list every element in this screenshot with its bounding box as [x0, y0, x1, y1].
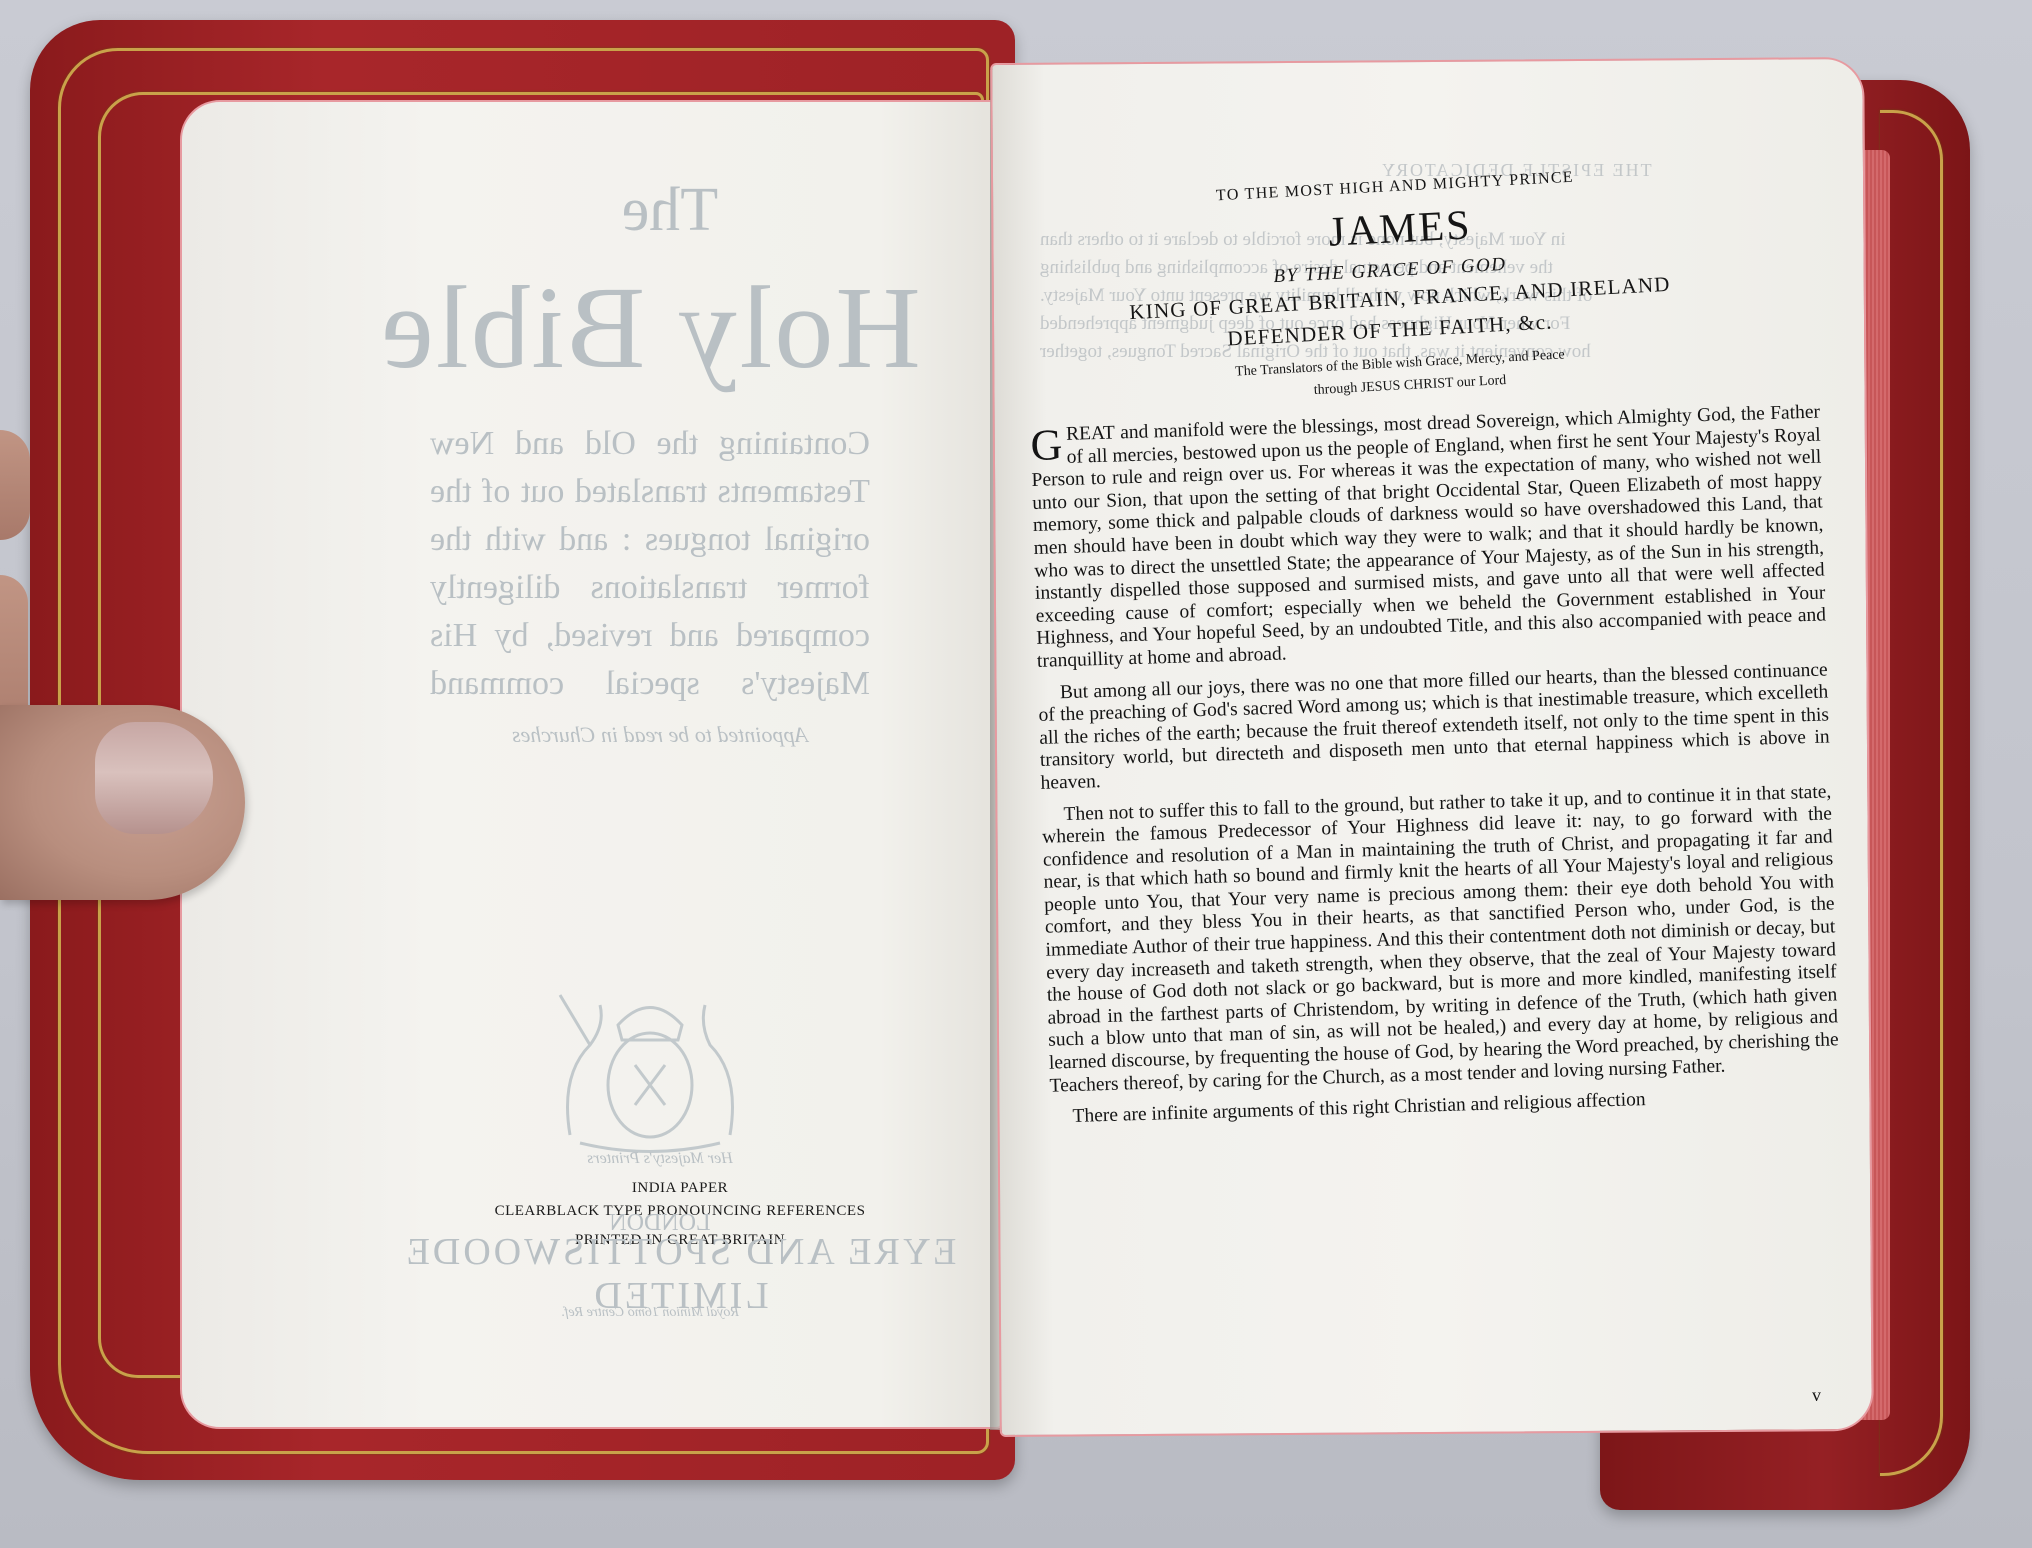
paragraph-1-text: and manifold were the blessings, most dr…: [1031, 402, 1826, 672]
show-through-printers: Her Majesty's Printers: [470, 1150, 850, 1168]
paragraph-1: GREAT and manifold were the blessings, m…: [1030, 402, 1827, 674]
thumbnail: [95, 722, 213, 834]
paragraph-2: But among all our joys, there was no one…: [1038, 659, 1831, 795]
show-through-appointed: Appointed to be read in Churches: [500, 720, 820, 750]
show-through-description: Containing the Old and New Testaments tr…: [430, 420, 870, 708]
show-through-reference: Royal Minion 16mo Centre Ref.: [500, 1305, 800, 1321]
drop-cap: G: [1030, 426, 1063, 465]
finger: [0, 430, 30, 540]
epistle-body: GREAT and manifold were the blessings, m…: [1030, 402, 1841, 1139]
small-caps-lead: REAT: [1066, 422, 1115, 444]
imprint-india-paper: INDIA PAPER: [420, 1180, 940, 1197]
show-through-title: Holy Bible: [330, 260, 970, 396]
royal-coat-of-arms-icon: [540, 985, 760, 1155]
page-number: v: [1812, 1385, 1821, 1406]
show-through-the: The: [520, 175, 820, 246]
paragraph-3: Then not to suffer this to fall to the g…: [1041, 781, 1839, 1098]
